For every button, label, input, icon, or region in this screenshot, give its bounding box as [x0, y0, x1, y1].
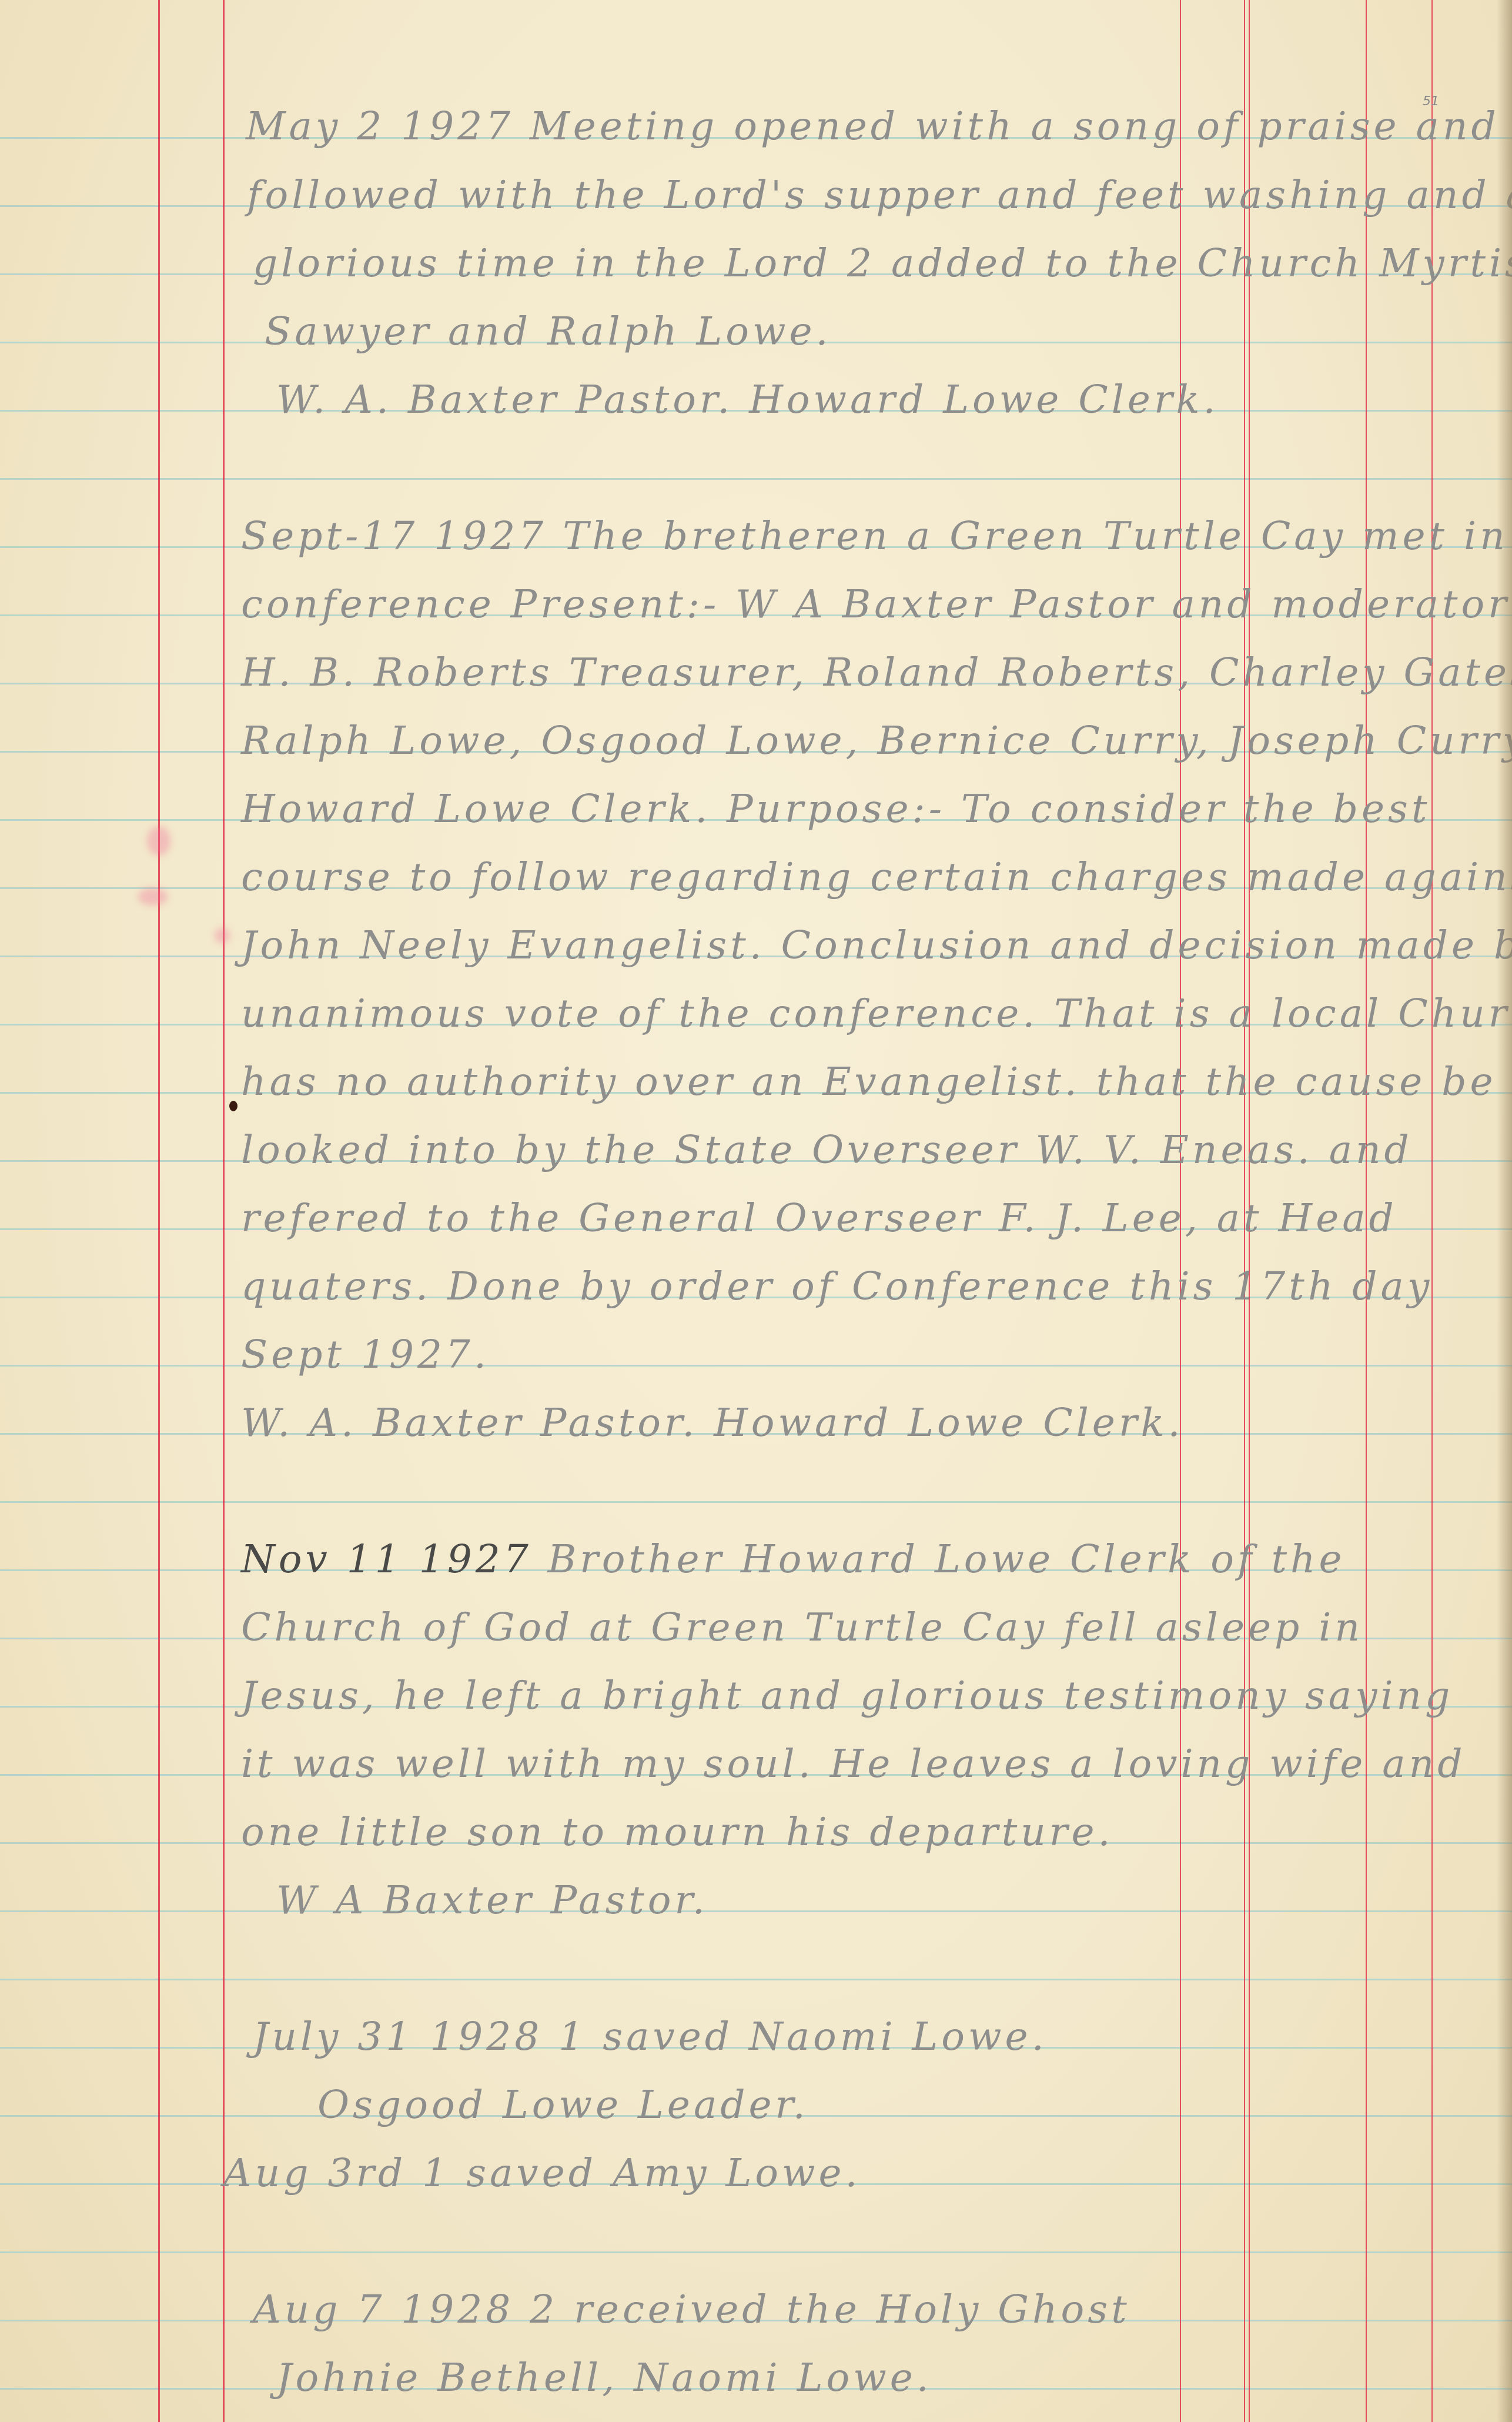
- entry-line: Aug 3rd 1 saved Amy Lowe.: [223, 2154, 861, 2193]
- entry-date: Nov 11 1927: [241, 1536, 532, 1582]
- entry-line: conference Present:- W A Baxter Pastor a…: [241, 585, 1510, 624]
- ink-smudge: [215, 928, 230, 943]
- entry-line: Nov 11 1927 Brother Howard Lowe Clerk of…: [241, 1540, 1346, 1579]
- entry-line: John Neely Evangelist. Conclusion and de…: [241, 926, 1512, 965]
- entry-line: Johnie Bethell, Naomi Lowe.: [276, 2358, 932, 2397]
- ruled-line: [0, 1365, 1512, 1367]
- entry-line: H. B. Roberts Treasurer, Roland Roberts,…: [241, 653, 1512, 692]
- signature-line: W A Baxter Pastor.: [276, 1881, 708, 1920]
- entry-line: Sawyer and Ralph Lowe.: [265, 312, 832, 351]
- entry-line: Ralph Lowe, Osgood Lowe, Bernice Curry, …: [241, 721, 1512, 760]
- entry-line: unanimous vote of the conference. That i…: [241, 994, 1512, 1033]
- entry-line: Sept 1927.: [241, 1335, 490, 1374]
- left-margin-line-outer: [158, 0, 160, 2422]
- entry-line: Jesus, he left a bright and glorious tes…: [241, 1676, 1453, 1715]
- entry-line: May 2 1927 Meeting opened with a song of…: [246, 107, 1500, 146]
- left-margin-line-inner: [223, 0, 225, 2422]
- entry-line: Aug 7 1928 2 received the Holy Ghost: [253, 2290, 1130, 2329]
- entry-line: followed with the Lord's supper and feet…: [247, 176, 1512, 215]
- entry-line: has no authority over an Evangelist. tha…: [241, 1063, 1497, 1101]
- leader-line: Osgood Lowe Leader.: [317, 2086, 809, 2124]
- entry-line: it was well with my soul. He leaves a lo…: [241, 1745, 1466, 1783]
- entry-line: refered to the General Overseer F. J. Le…: [241, 1199, 1397, 1238]
- entry-line: looked into by the State Overseer W. V. …: [241, 1131, 1413, 1170]
- entry-line: July 31 1928 1 saved Naomi Lowe.: [253, 2017, 1048, 2056]
- entry-line: glorious time in the Lord 2 added to the…: [253, 244, 1512, 283]
- entry-line: Howard Lowe Clerk. Purpose:- To consider…: [241, 790, 1430, 829]
- paper-hole: [229, 1101, 237, 1111]
- entry-line: Church of God at Green Turtle Cay fell a…: [241, 1608, 1363, 1647]
- ink-smudge: [138, 888, 168, 906]
- column-line-4: [1431, 0, 1433, 2422]
- ink-smudge: [147, 826, 170, 856]
- entry-line: quaters. Done by order of Conference thi…: [241, 1267, 1433, 1306]
- entry-line: course to follow regarding certain charg…: [241, 858, 1512, 897]
- entry-line: Sept-17 1927 The bretheren a Green Turtl…: [241, 517, 1512, 556]
- ruled-line: [0, 1910, 1512, 1912]
- ruled-line: [0, 1979, 1512, 1980]
- signature-line: W. A. Baxter Pastor. Howard Lowe Clerk.: [276, 380, 1219, 419]
- entry-text: Brother Howard Lowe Clerk of the: [532, 1536, 1346, 1582]
- ruled-line: [0, 1501, 1512, 1503]
- signature-line: W. A. Baxter Pastor. Howard Lowe Clerk.: [241, 1404, 1183, 1442]
- ruled-line: [0, 478, 1512, 480]
- ledger-page: 51 May 2 1927 Meeting opened with a song…: [0, 0, 1512, 2422]
- entry-line: one little son to mourn his departure.: [241, 1813, 1113, 1852]
- ruled-line: [0, 2251, 1512, 2253]
